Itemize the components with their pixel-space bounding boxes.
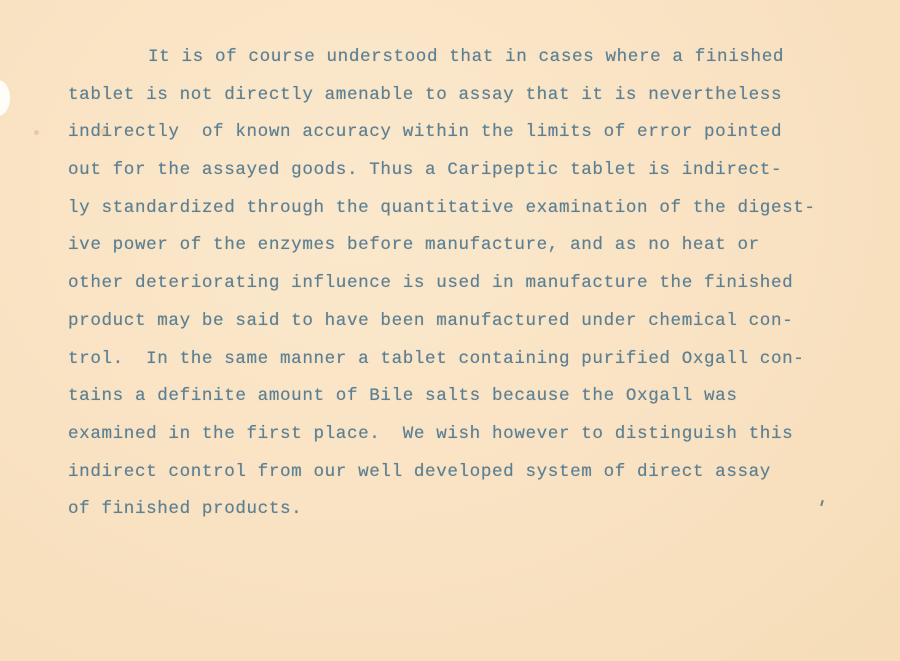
- text-line: ly standardized through the quantitative…: [68, 195, 848, 233]
- typewritten-page: It is of course understood that in cases…: [0, 0, 900, 661]
- text-line: It is of course understood that in cases…: [68, 44, 848, 82]
- text-line: other deteriorating influence is used in…: [68, 270, 848, 308]
- text-line: tablet is not directly amenable to assay…: [68, 82, 848, 120]
- text-line: product may be said to have been manufac…: [68, 308, 848, 346]
- text-line: tains a definite amount of Bile salts be…: [68, 383, 848, 421]
- text-line: of finished products.: [68, 496, 848, 534]
- text-line: indirect control from our well developed…: [68, 459, 848, 497]
- text-line: examined in the first place. We wish how…: [68, 421, 848, 459]
- text-line: indirectly of known accuracy within the …: [68, 119, 848, 157]
- typewritten-paragraph: It is of course understood that in cases…: [68, 44, 848, 534]
- punch-hole: [0, 80, 10, 116]
- text-line: trol. In the same manner a tablet contai…: [68, 346, 848, 384]
- text-line: ive power of the enzymes before manufact…: [68, 232, 848, 270]
- paper-speck: [34, 130, 39, 135]
- text-line: out for the assayed goods. Thus a Caripe…: [68, 157, 848, 195]
